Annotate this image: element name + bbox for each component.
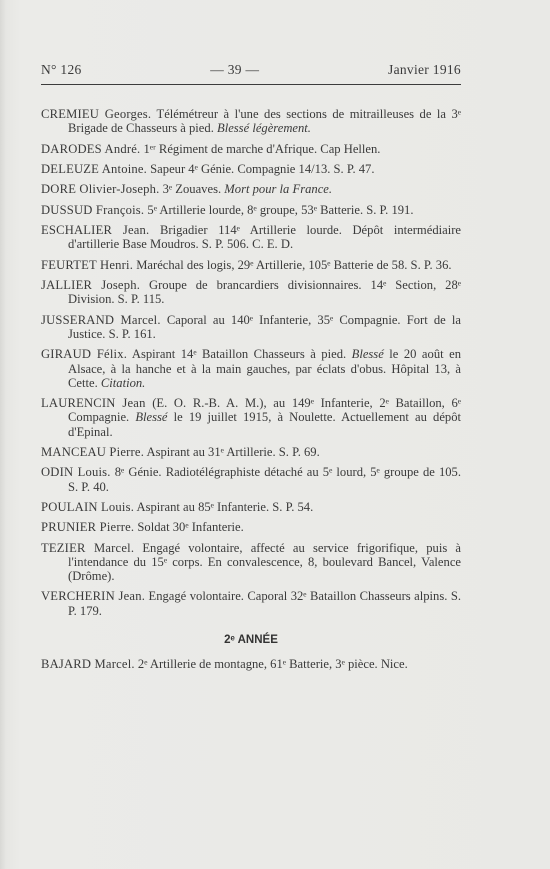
person-name: MANCEAU Pierre. bbox=[41, 445, 144, 459]
entry-italic-note: Mort pour la France. bbox=[224, 182, 332, 196]
entry-italic-note: Blessé bbox=[352, 347, 384, 361]
list-item: VERCHERIN Jean. Engagé volontaire. Capor… bbox=[41, 589, 461, 617]
entry-text: 8ᵉ Génie. Radiotélégraphiste détaché au … bbox=[68, 465, 461, 493]
person-name: DORE Olivier-Joseph. bbox=[41, 182, 159, 196]
list-item: ESCHALIER Jean. Brigadier 114ᵉ Artilleri… bbox=[41, 223, 461, 251]
section-title-2e-annee: 2ᵉ ANNÉE bbox=[41, 633, 461, 647]
list-item: TEZIER Marcel. Engagé volontaire, affect… bbox=[41, 541, 461, 584]
person-name: ODIN Louis. bbox=[41, 465, 111, 479]
list-item: JALLIER Joseph. Groupe de brancardiers d… bbox=[41, 278, 461, 306]
page-header: N° 126 — 39 — Janvier 1916 bbox=[41, 62, 461, 78]
person-name: ESCHALIER Jean. bbox=[41, 223, 149, 237]
list-item: MANCEAU Pierre. Aspirant au 31ᵉ Artiller… bbox=[41, 445, 461, 459]
entry-italic-note: Blessé légèrement. bbox=[217, 121, 311, 135]
person-name: TEZIER Marcel. bbox=[41, 541, 134, 555]
person-name: POULAIN Louis. bbox=[41, 500, 134, 514]
list-item: POULAIN Louis. Aspirant au 85ᵉ Infanteri… bbox=[41, 500, 461, 514]
header-rule bbox=[41, 84, 461, 85]
list-item: PRUNIER Pierre. Soldat 30ᵉ Infanterie. bbox=[41, 520, 461, 534]
entry-text: Aspirant 14ᵉ Bataillon Chasseurs à pied. bbox=[127, 347, 352, 361]
person-name: PRUNIER Pierre. bbox=[41, 520, 134, 534]
person-name: DARODES André. bbox=[41, 142, 140, 156]
document-page: N° 126 — 39 — Janvier 1916 CREMIEU Georg… bbox=[0, 0, 550, 869]
list-item: DORE Olivier-Joseph. 3ᵉ Zouaves. Mort po… bbox=[41, 182, 461, 196]
person-name: FEURTET Henri. bbox=[41, 258, 133, 272]
list-item: GIRAUD Félix. Aspirant 14ᵉ Bataillon Cha… bbox=[41, 347, 461, 390]
entry-text: Maréchal des logis, 29ᵉ Artillerie, 105ᵉ… bbox=[133, 258, 451, 272]
list-item: ODIN Louis. 8ᵉ Génie. Radiotélégraphiste… bbox=[41, 465, 461, 493]
entry-text: 3ᵉ Zouaves. bbox=[159, 182, 224, 196]
person-name: VERCHERIN Jean. bbox=[41, 589, 145, 603]
person-name: DELEUZE Antoine. bbox=[41, 162, 147, 176]
entry-text: Soldat 30ᵉ Infanterie. bbox=[134, 520, 244, 534]
list-item: FEURTET Henri. Maréchal des logis, 29ᵉ A… bbox=[41, 258, 461, 272]
entry-text: 1ᵉʳ Régiment de marche d'Afrique. Cap He… bbox=[140, 142, 380, 156]
entry-italic-note: Citation. bbox=[101, 376, 145, 390]
person-name: JALLIER Joseph. bbox=[41, 278, 140, 292]
page-number: — 39 — bbox=[210, 62, 259, 78]
person-name: GIRAUD Félix. bbox=[41, 347, 127, 361]
list-item: JUSSERAND Marcel. Caporal au 140ᵉ Infant… bbox=[41, 313, 461, 341]
entry-text: 5ᵉ Artillerie lourde, 8ᵉ groupe, 53ᵉ Bat… bbox=[144, 203, 413, 217]
person-name: JUSSERAND Marcel. bbox=[41, 313, 161, 327]
entry-text: Aspirant au 85ᵉ Infanterie. S. P. 54. bbox=[134, 500, 313, 514]
person-name: CREMIEU Georges. bbox=[41, 107, 151, 121]
list-item: DUSSUD François. 5ᵉ Artillerie lourde, 8… bbox=[41, 203, 461, 217]
issue-number: N° 126 bbox=[41, 62, 82, 78]
list-item: BAJARD Marcel. 2ᵉ Artillerie de montagne… bbox=[41, 657, 461, 671]
person-name: DUSSUD François. bbox=[41, 203, 144, 217]
entry-text: Sapeur 4ᵉ Génie. Compagnie 14/13. S. P. … bbox=[147, 162, 374, 176]
person-name: BAJARD Marcel. bbox=[41, 657, 135, 671]
person-name: LAURENCIN Jean bbox=[41, 396, 146, 410]
entry-italic-note: Blessé bbox=[135, 410, 167, 424]
entry-text: Aspirant au 31ᵉ Artillerie. S. P. 69. bbox=[144, 445, 320, 459]
list-item: CREMIEU Georges. Télémétreur à l'une des… bbox=[41, 107, 461, 135]
list-item: DELEUZE Antoine. Sapeur 4ᵉ Génie. Compag… bbox=[41, 162, 461, 176]
list-item: DARODES André. 1ᵉʳ Régiment de marche d'… bbox=[41, 142, 461, 156]
list-item: LAURENCIN Jean (E. O. R.-B. A. M.), au 1… bbox=[41, 396, 461, 439]
entries-list: CREMIEU Georges. Télémétreur à l'une des… bbox=[41, 107, 461, 677]
issue-date: Janvier 1916 bbox=[388, 62, 461, 78]
entry-text: 2ᵉ Artillerie de montagne, 61ᵉ Batterie,… bbox=[135, 657, 408, 671]
